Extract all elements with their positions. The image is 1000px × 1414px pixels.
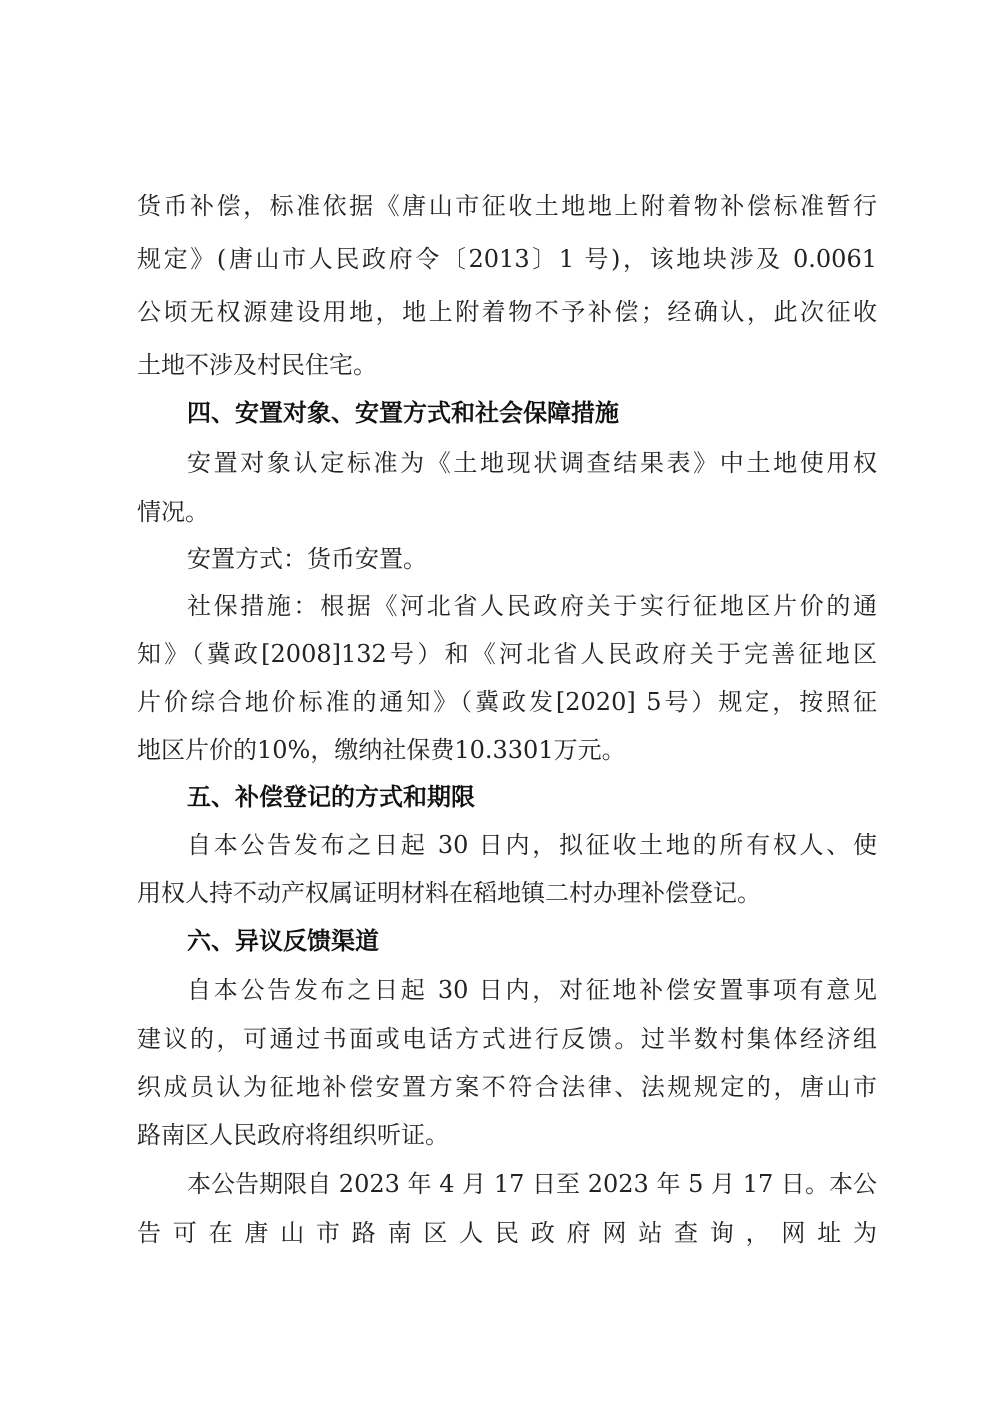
paragraph-line: 建议的，可通过书面或电话方式进行反馈。过半数村集体经济组 bbox=[137, 1019, 877, 1059]
paragraph-line: 路南区人民政府将组织听证。 bbox=[137, 1115, 877, 1155]
section-heading-4: 四、安置对象、安置方式和社会保障措施 bbox=[187, 393, 619, 433]
paragraph-line: 知》（冀政[2008]132号）和《河北省人民政府关于完善征地区 bbox=[137, 634, 877, 674]
document-page: 货币补偿，标准依据《唐山市征收土地地上附着物补偿标准暂行 规定》(唐山市人民政府… bbox=[0, 0, 1000, 1414]
paragraph-line: 公顷无权源建设用地，地上附着物不予补偿；经确认，此次征收 bbox=[137, 292, 877, 332]
paragraph-line: 本公告期限自 2023 年 4 月 17 日至 2023 年 5 月 17 日。… bbox=[187, 1164, 877, 1204]
paragraph-line: 货币补偿，标准依据《唐山市征收土地地上附着物补偿标准暂行 bbox=[137, 186, 877, 226]
paragraph-line: 规定》(唐山市人民政府令〔2013〕1 号)，该地块涉及 0.0061 bbox=[137, 239, 877, 279]
paragraph-line: 社保措施：根据《河北省人民政府关于实行征地区片价的通 bbox=[187, 586, 877, 626]
paragraph-line: 告可在唐山市路南区人民政府网站查询，网址为 bbox=[137, 1213, 877, 1253]
section-heading-6: 六、异议反馈渠道 bbox=[187, 921, 379, 961]
section-heading-5: 五、补偿登记的方式和期限 bbox=[187, 777, 475, 817]
paragraph-line: 安置对象认定标准为《土地现状调查结果表》中土地使用权 bbox=[187, 443, 877, 483]
paragraph-line: 用权人持不动产权属证明材料在稻地镇二村办理补偿登记。 bbox=[137, 873, 877, 913]
paragraph-line: 安置方式：货币安置。 bbox=[187, 539, 877, 579]
paragraph-line: 片价综合地价标准的通知》（冀政发[2020] 5号）规定，按照征 bbox=[137, 682, 877, 722]
paragraph-line: 地区片价的10%，缴纳社保费10.3301万元。 bbox=[137, 730, 877, 770]
paragraph-line: 自本公告发布之日起 30 日内，拟征收土地的所有权人、使 bbox=[187, 825, 877, 865]
paragraph-line: 织成员认为征地补偿安置方案不符合法律、法规规定的，唐山市 bbox=[137, 1067, 877, 1107]
paragraph-line: 自本公告发布之日起 30 日内，对征地补偿安置事项有意见 bbox=[187, 970, 877, 1010]
paragraph-line: 土地不涉及村民住宅。 bbox=[137, 345, 877, 385]
paragraph-line: 情况。 bbox=[137, 492, 877, 532]
